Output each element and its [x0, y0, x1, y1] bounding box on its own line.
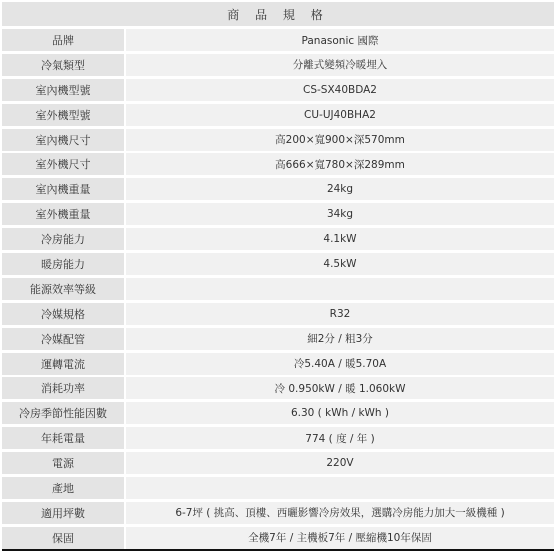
spec-value: 220V: [126, 452, 554, 474]
spec-value: [126, 278, 554, 300]
spec-row-indoor-model: 室內機型號 CS-SX40BDA2: [2, 79, 554, 101]
spec-value: 全機7年 / 主機板7年 / 壓縮機10年保固: [126, 527, 554, 549]
spec-label: 電源: [2, 452, 124, 474]
spec-label: 冷媒規格: [2, 303, 124, 325]
spec-value: 34kg: [126, 203, 554, 225]
spec-row-indoor-weight: 室內機重量 24kg: [2, 178, 554, 200]
spec-label: 室外機尺寸: [2, 153, 124, 175]
spec-value: [126, 477, 554, 499]
spec-row-cspf: 冷房季節性能因數 6.30 ( kWh / kWh ): [2, 402, 554, 424]
spec-value: 4.1kW: [126, 228, 554, 250]
spec-value: 高200×寬900×深570mm: [126, 129, 554, 151]
spec-label: 保固: [2, 527, 124, 549]
spec-row-outdoor-weight: 室外機重量 34kg: [2, 203, 554, 225]
spec-row-applicable-area: 適用坪數 6-7坪 ( 挑高、頂樓、西曬影響冷房效果，選購冷房能力加大一級機種 …: [2, 502, 554, 524]
spec-label: 年耗電量: [2, 427, 124, 449]
spec-table-title: 商 品 規 格: [2, 2, 554, 26]
spec-row-annual-consumption: 年耗電量 774 ( 度 / 年 ): [2, 427, 554, 449]
spec-row-power-supply: 電源 220V: [2, 452, 554, 474]
spec-value: 冷5.40A / 暖5.70A: [126, 353, 554, 375]
spec-value: CS-SX40BDA2: [126, 79, 554, 101]
spec-label: 冷氣類型: [2, 54, 124, 76]
spec-value: 6.30 ( kWh / kWh ): [126, 402, 554, 424]
spec-row-ac-type: 冷氣類型 分離式變頻冷暖埋入: [2, 54, 554, 76]
spec-label: 冷房能力: [2, 228, 124, 250]
spec-row-brand: 品牌 Panasonic 國際: [2, 29, 554, 51]
spec-value: R32: [126, 303, 554, 325]
spec-row-power-consumption: 消耗功率 冷 0.950kW / 暖 1.060kW: [2, 377, 554, 399]
spec-value: Panasonic 國際: [126, 29, 554, 51]
spec-label: 暖房能力: [2, 253, 124, 275]
spec-label: 室內機尺寸: [2, 129, 124, 151]
spec-row-warranty: 保固 全機7年 / 主機板7年 / 壓縮機10年保固: [2, 527, 554, 549]
spec-table: 商 品 規 格 品牌 Panasonic 國際 冷氣類型 分離式變頻冷暖埋入 室…: [2, 2, 554, 551]
spec-value: 高666×寬780×深289mm: [126, 153, 554, 175]
spec-row-origin: 產地: [2, 477, 554, 499]
spec-value: 冷 0.950kW / 暖 1.060kW: [126, 377, 554, 399]
spec-row-cooling-capacity: 冷房能力 4.1kW: [2, 228, 554, 250]
spec-label: 能源效率等級: [2, 278, 124, 300]
spec-value: CU-UJ40BHA2: [126, 104, 554, 126]
spec-value: 6-7坪 ( 挑高、頂樓、西曬影響冷房效果，選購冷房能力加大一級機種 ): [126, 502, 554, 524]
spec-label: 消耗功率: [2, 377, 124, 399]
spec-row-outdoor-size: 室外機尺寸 高666×寬780×深289mm: [2, 153, 554, 175]
spec-value: 分離式變頻冷暖埋入: [126, 54, 554, 76]
spec-label: 運轉電流: [2, 353, 124, 375]
spec-label: 室內機型號: [2, 79, 124, 101]
spec-label: 室內機重量: [2, 178, 124, 200]
spec-label: 冷房季節性能因數: [2, 402, 124, 424]
spec-row-heating-capacity: 暖房能力 4.5kW: [2, 253, 554, 275]
spec-value: 24kg: [126, 178, 554, 200]
spec-value: 774 ( 度 / 年 ): [126, 427, 554, 449]
spec-value: 細2分 / 粗3分: [126, 328, 554, 350]
spec-row-refrigerant-piping: 冷媒配管 細2分 / 粗3分: [2, 328, 554, 350]
spec-row-energy-grade: 能源效率等級: [2, 278, 554, 300]
spec-label: 適用坪數: [2, 502, 124, 524]
spec-label: 室外機型號: [2, 104, 124, 126]
spec-label: 冷媒配管: [2, 328, 124, 350]
spec-label: 產地: [2, 477, 124, 499]
spec-row-refrigerant: 冷媒規格 R32: [2, 303, 554, 325]
spec-value: 4.5kW: [126, 253, 554, 275]
spec-label: 品牌: [2, 29, 124, 51]
spec-row-outdoor-model: 室外機型號 CU-UJ40BHA2: [2, 104, 554, 126]
spec-label: 室外機重量: [2, 203, 124, 225]
spec-row-operating-current: 運轉電流 冷5.40A / 暖5.70A: [2, 353, 554, 375]
spec-row-indoor-size: 室內機尺寸 高200×寬900×深570mm: [2, 129, 554, 151]
